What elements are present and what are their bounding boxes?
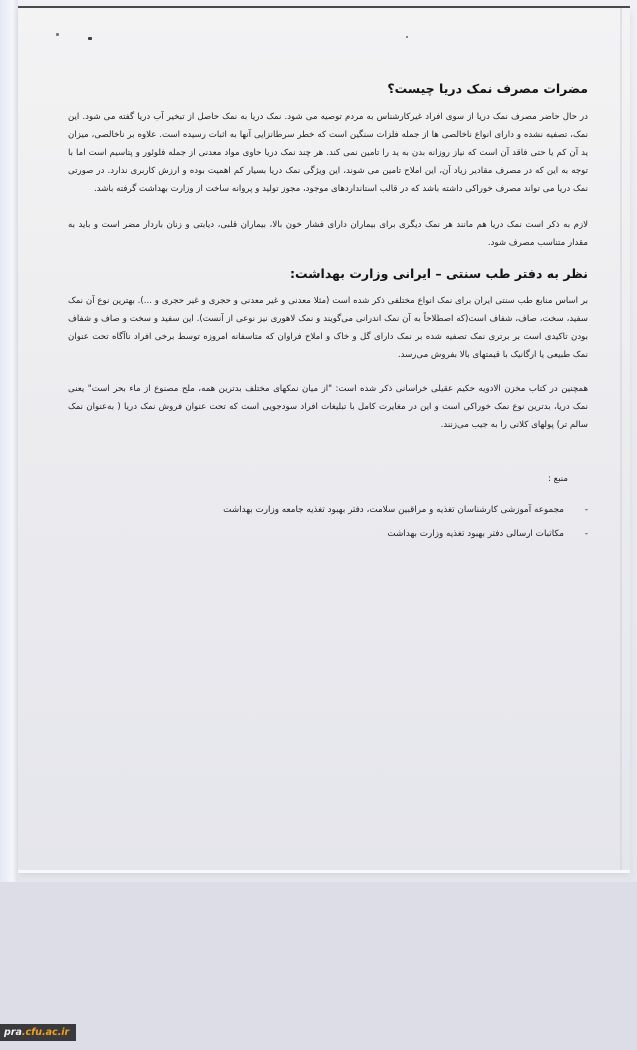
watermark-subdomain: pra: [4, 1027, 22, 1038]
paragraph: بر اساس منابع طب سنتی ایران برای نمک انو…: [68, 292, 588, 364]
scan-speck: [56, 33, 59, 36]
section-traditional-medicine-quote: همچنین در کتاب مخزن الادویه حکیم عقیلی خ…: [68, 380, 588, 434]
sources-list-container: - مجموعه آموزشی کارشناسان تغذیه و مراقبی…: [68, 498, 588, 546]
section-heading: مضرات مصرف نمک دریا چیست؟: [68, 81, 588, 96]
section-sea-salt-note: لازم به ذکر است نمک دریا هم مانند هر نمک…: [68, 216, 588, 252]
site-watermark-link[interactable]: pra.cfu.ac.ir: [0, 1024, 76, 1041]
paragraph: در حال حاضر مصرف نمک دریا از سوی افراد غ…: [68, 108, 588, 198]
source-text: مجموعه آموزشی کارشناسان تغذیه و مراقبین …: [223, 498, 564, 522]
document-page: مضرات مصرف نمک دریا چیست؟ در حال حاضر مص…: [18, 6, 630, 870]
source-text: مکاتبات ارسالی دفتر بهبود تغذیه وزارت به…: [387, 522, 564, 546]
scan-edge: [0, 0, 18, 882]
section-heading: نظر به دفتر طب سنتی – ایرانی وزارت بهداش…: [68, 266, 588, 281]
source-item: - مکاتبات ارسالی دفتر بهبود تغذیه وزارت …: [68, 522, 588, 546]
watermark-domain: .cfu.ac.ir: [22, 1027, 69, 1038]
sources-label: منبع :: [68, 474, 588, 484]
section-traditional-medicine: نظر به دفتر طب سنتی – ایرانی وزارت بهداش…: [68, 266, 588, 281]
section-traditional-medicine-body: بر اساس منابع طب سنتی ایران برای نمک انو…: [68, 292, 588, 364]
scan-speck: [88, 37, 92, 40]
paragraph: لازم به ذکر است نمک دریا هم مانند هر نمک…: [68, 216, 588, 252]
sources-list: - مجموعه آموزشی کارشناسان تغذیه و مراقبی…: [68, 498, 588, 546]
paragraph: همچنین در کتاب مخزن الادویه حکیم عقیلی خ…: [68, 380, 588, 434]
bullet-dash: -: [578, 522, 588, 546]
scanned-document-image: مضرات مصرف نمک دریا چیست؟ در حال حاضر مص…: [0, 0, 637, 882]
section-sea-salt-harms-body: در حال حاضر مصرف نمک دریا از سوی افراد غ…: [68, 108, 588, 198]
sources-section: منبع :: [68, 474, 588, 484]
source-item: - مجموعه آموزشی کارشناسان تغذیه و مراقبی…: [68, 498, 588, 522]
page-fold-line: [620, 8, 622, 870]
section-sea-salt-harms: مضرات مصرف نمک دریا چیست؟: [68, 81, 588, 96]
scan-speck: [406, 36, 408, 38]
bullet-dash: -: [578, 498, 588, 522]
